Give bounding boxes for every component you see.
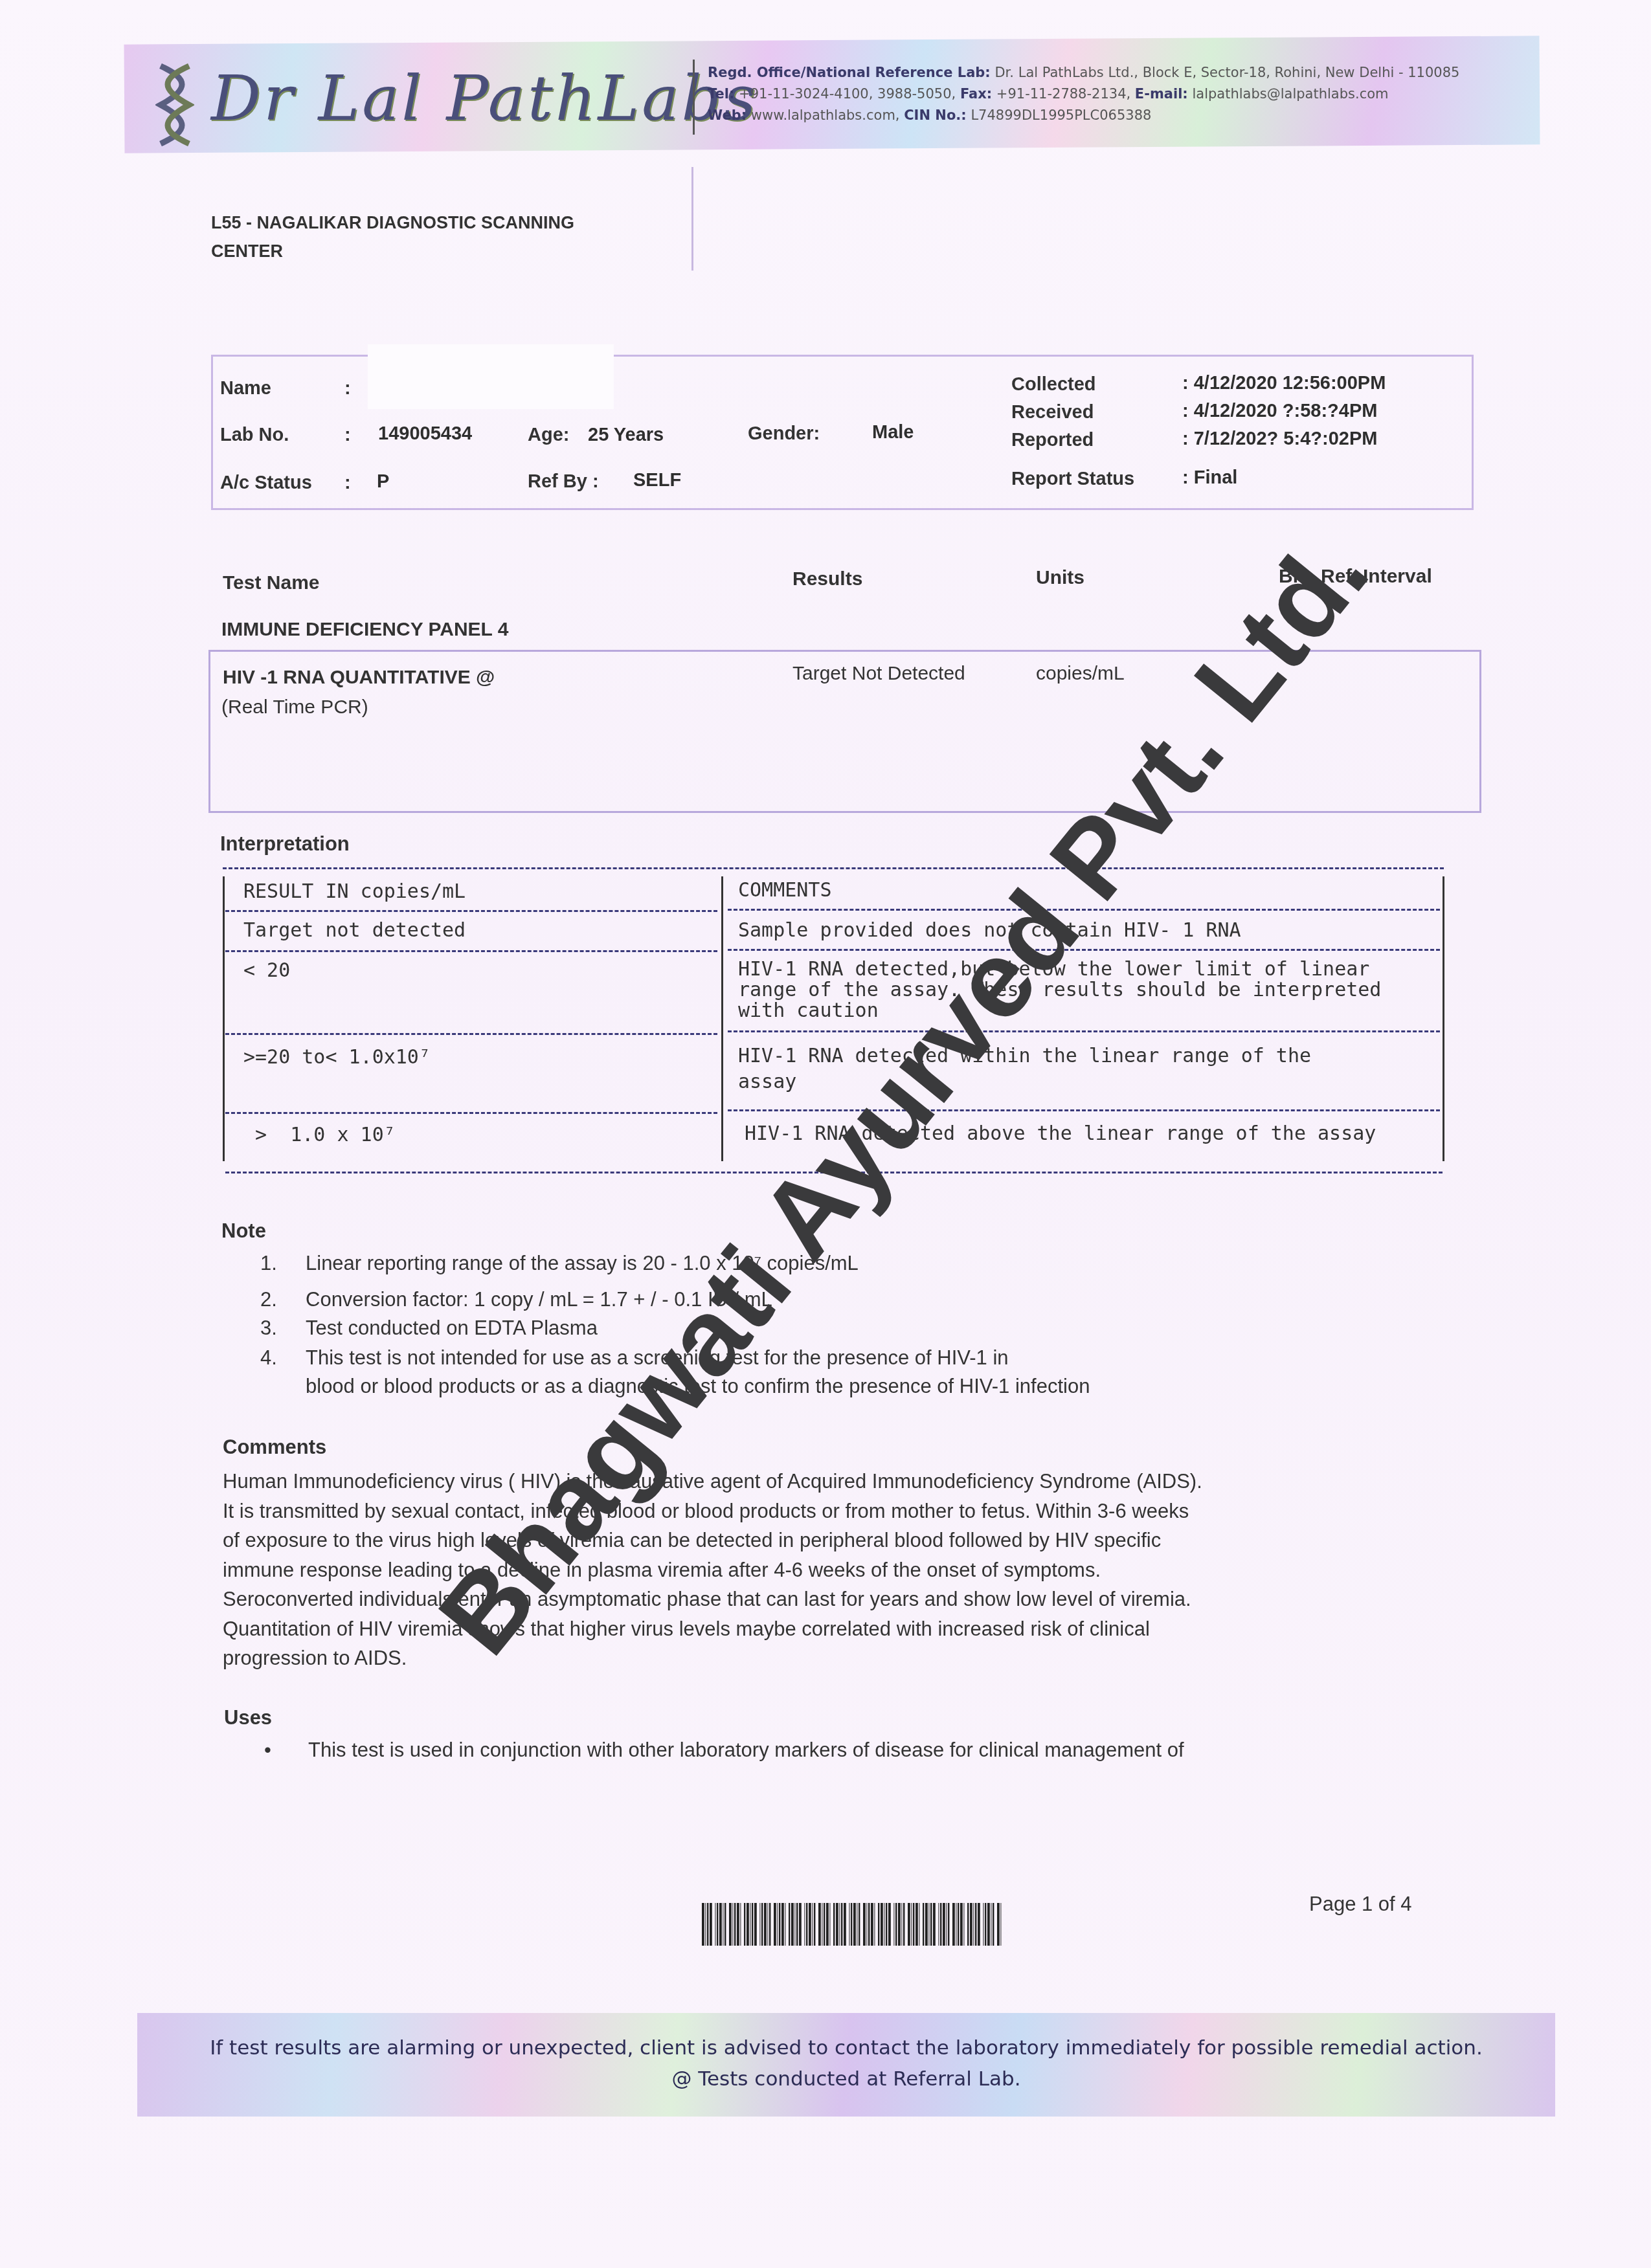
name-colon: : — [344, 378, 351, 399]
comment-line: with caution — [738, 999, 879, 1022]
bullet-icon: • — [264, 1739, 271, 1762]
comment-line: Quantitation of HIV viremia shows that h… — [223, 1614, 1202, 1644]
email-address: lalpathlabs@lalpathlabs.com — [1192, 86, 1388, 102]
center-name-line1: L55 - NAGALIKAR DIAGNOSTIC SCANNING — [211, 208, 625, 237]
result-comment: HIV-1 RNA detected within the linear ran… — [738, 1043, 1311, 1095]
test-units: copies/mL — [1036, 663, 1125, 685]
collected-label: Collected — [1011, 374, 1096, 395]
gender-value: Male — [872, 422, 914, 443]
table-border — [223, 867, 1444, 869]
reported-value: : 7/12/202? 5:4?:02PM — [1182, 428, 1377, 450]
col-test-name: Test Name — [223, 572, 320, 594]
footer-referral-note: @ Tests conducted at Referral Lab. — [137, 2067, 1555, 2091]
row-divider — [225, 910, 717, 912]
website-link: www.lalpathlabs.com, — [751, 107, 900, 123]
result-range: Target not detected — [243, 919, 466, 942]
column-divider — [721, 876, 723, 1161]
comment-line: immune response leading to a decline in … — [223, 1555, 1202, 1585]
test-name: HIV -1 RNA QUANTITATIVE @ — [223, 667, 495, 689]
result-range: > 1.0 x 10⁷ — [243, 1124, 396, 1146]
email-label: E-mail: — [1135, 86, 1188, 102]
fax-number: +91-11-2788-2134, — [996, 86, 1130, 102]
note-number: 4. — [260, 1346, 277, 1370]
comment-line: assay — [738, 1071, 796, 1093]
received-value: : 4/12/2020 ?:58:?4PM — [1182, 401, 1377, 422]
header-divider — [693, 60, 695, 135]
comment-line: progression to AIDS. — [223, 1643, 1202, 1673]
name-label: Name — [220, 378, 271, 399]
note-title: Note — [221, 1219, 266, 1243]
age-label: Age: — [528, 425, 569, 446]
ac-status-label: A/c Status — [220, 472, 312, 494]
report-status-value: : Final — [1182, 467, 1237, 489]
interpretation-title: Interpretation — [220, 832, 350, 856]
col-results: Results — [792, 568, 862, 590]
received-label: Received — [1011, 402, 1094, 423]
footer-band — [137, 2013, 1555, 2117]
cin-number: L74899DL1995PLC065388 — [971, 107, 1151, 123]
comments-body: Human Immunodeficiency virus ( HIV) is t… — [223, 1467, 1202, 1673]
lab-no-label: Lab No. — [220, 425, 289, 446]
panel-name: IMMUNE DEFICIENCY PANEL 4 — [221, 619, 508, 641]
reported-label: Reported — [1011, 430, 1094, 451]
report-status-label: Report Status — [1011, 469, 1134, 490]
table-border — [1443, 876, 1444, 1161]
tel-number: +91-11-3024-4100, 3988-5050, — [739, 86, 956, 102]
ref-by-value: SELF — [633, 470, 681, 491]
table-border — [223, 876, 225, 1161]
comment-line: of exposure to the virus high levels of … — [223, 1526, 1202, 1555]
tel-label: Tel: — [708, 86, 734, 102]
note-number: 1. — [260, 1252, 277, 1275]
regd-office-address: Dr. Lal PathLabs Ltd., Block E, Sector-1… — [994, 65, 1459, 80]
comment-line: HIV-1 RNA detected within the linear ran… — [738, 1045, 1311, 1067]
comments-title: Comments — [223, 1436, 326, 1459]
comment-line: Human Immunodeficiency virus ( HIV) is t… — [223, 1467, 1202, 1496]
regd-office-label: Regd. Office/National Reference Lab: — [708, 65, 991, 80]
center-name-line2: CENTER — [211, 237, 625, 265]
brand-logo: Dr Lal PathLabs — [211, 62, 758, 135]
web-label: Web: — [708, 107, 747, 123]
ac-status-colon: : — [344, 472, 351, 494]
dna-logo-icon — [155, 63, 194, 146]
col-result-copies: RESULT IN copies/mL — [243, 880, 466, 903]
collection-center-name: L55 - NAGALIKAR DIAGNOSTIC SCANNING CENT… — [211, 208, 625, 265]
comment-line: It is transmitted by sexual contact, inf… — [223, 1496, 1202, 1526]
col-units: Units — [1036, 567, 1084, 589]
comment-line: Seroconverted individuals enter an asymp… — [223, 1584, 1202, 1614]
row-divider — [225, 950, 717, 952]
page-number: Page 1 of 4 — [1309, 1893, 1412, 1916]
center-divider — [691, 167, 693, 271]
fax-label: Fax: — [960, 86, 992, 102]
footer-disclaimer: If test results are alarming or unexpect… — [137, 2036, 1555, 2060]
redacted-name-area — [368, 344, 614, 409]
row-divider — [225, 1033, 717, 1035]
col-comments: COMMENTS — [738, 879, 832, 902]
collected-value: : 4/12/2020 12:56:00PM — [1182, 373, 1386, 394]
barcode-icon — [701, 1903, 1005, 1946]
result-range: < 20 — [243, 959, 290, 982]
test-result-value: Target Not Detected — [792, 663, 965, 685]
note-item: Test conducted on EDTA Plasma — [306, 1317, 598, 1340]
cin-label: CIN No.: — [904, 107, 967, 123]
ac-status-value: P — [377, 471, 389, 493]
row-divider — [728, 1030, 1440, 1032]
result-range: >=20 to< 1.0x10⁷ — [243, 1046, 431, 1069]
lab-contact-info: Regd. Office/National Reference Lab: Dr.… — [708, 62, 1459, 126]
note-number: 3. — [260, 1317, 277, 1340]
gender-label: Gender: — [748, 423, 820, 445]
uses-title: Uses — [224, 1706, 272, 1729]
uses-item: This test is used in conjunction with ot… — [308, 1739, 1184, 1762]
age-value: 25 Years — [588, 425, 664, 446]
lab-no-value: 149005434 — [378, 423, 472, 445]
test-method: (Real Time PCR) — [221, 696, 368, 718]
note-number: 2. — [260, 1288, 277, 1311]
lab-no-colon: : — [344, 425, 351, 446]
ref-by-label: Ref By : — [528, 471, 599, 493]
row-divider — [225, 1112, 717, 1114]
